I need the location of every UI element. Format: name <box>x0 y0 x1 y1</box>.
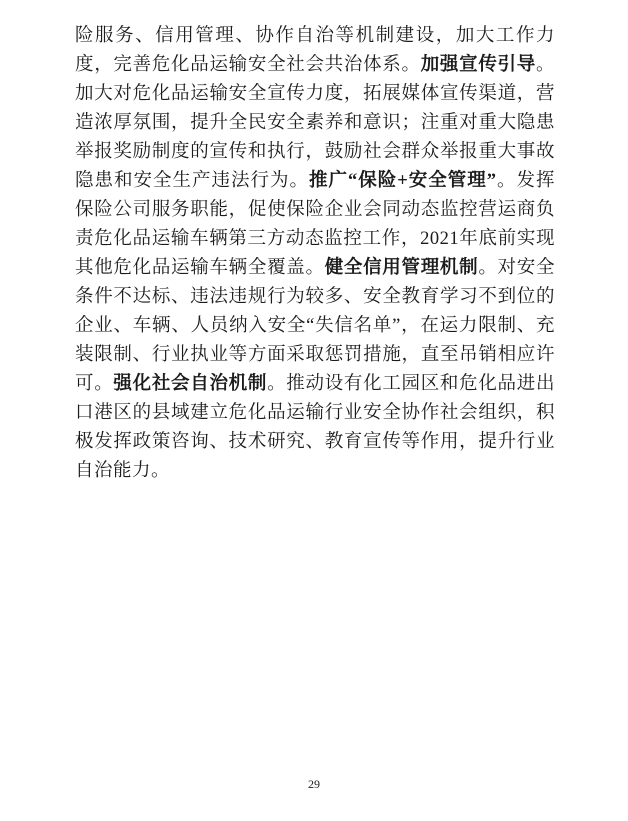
bold-phrase: 强化社会自治机制 <box>113 374 267 394</box>
bold-phrase: 健全信用管理机制 <box>325 258 479 278</box>
document-page: 险服务、信用管理、协作自治等机制建设，加大工作力度，完善危化品运输安全社会共治体… <box>0 0 628 821</box>
page-number: 29 <box>0 777 628 792</box>
bold-phrase: 推广“保险+安全管理” <box>309 171 497 191</box>
bold-phrase: 加强宣传引导 <box>421 55 536 75</box>
body-paragraph: 险服务、信用管理、协作自治等机制建设，加大工作力度，完善危化品运输安全社会共治体… <box>75 22 555 486</box>
